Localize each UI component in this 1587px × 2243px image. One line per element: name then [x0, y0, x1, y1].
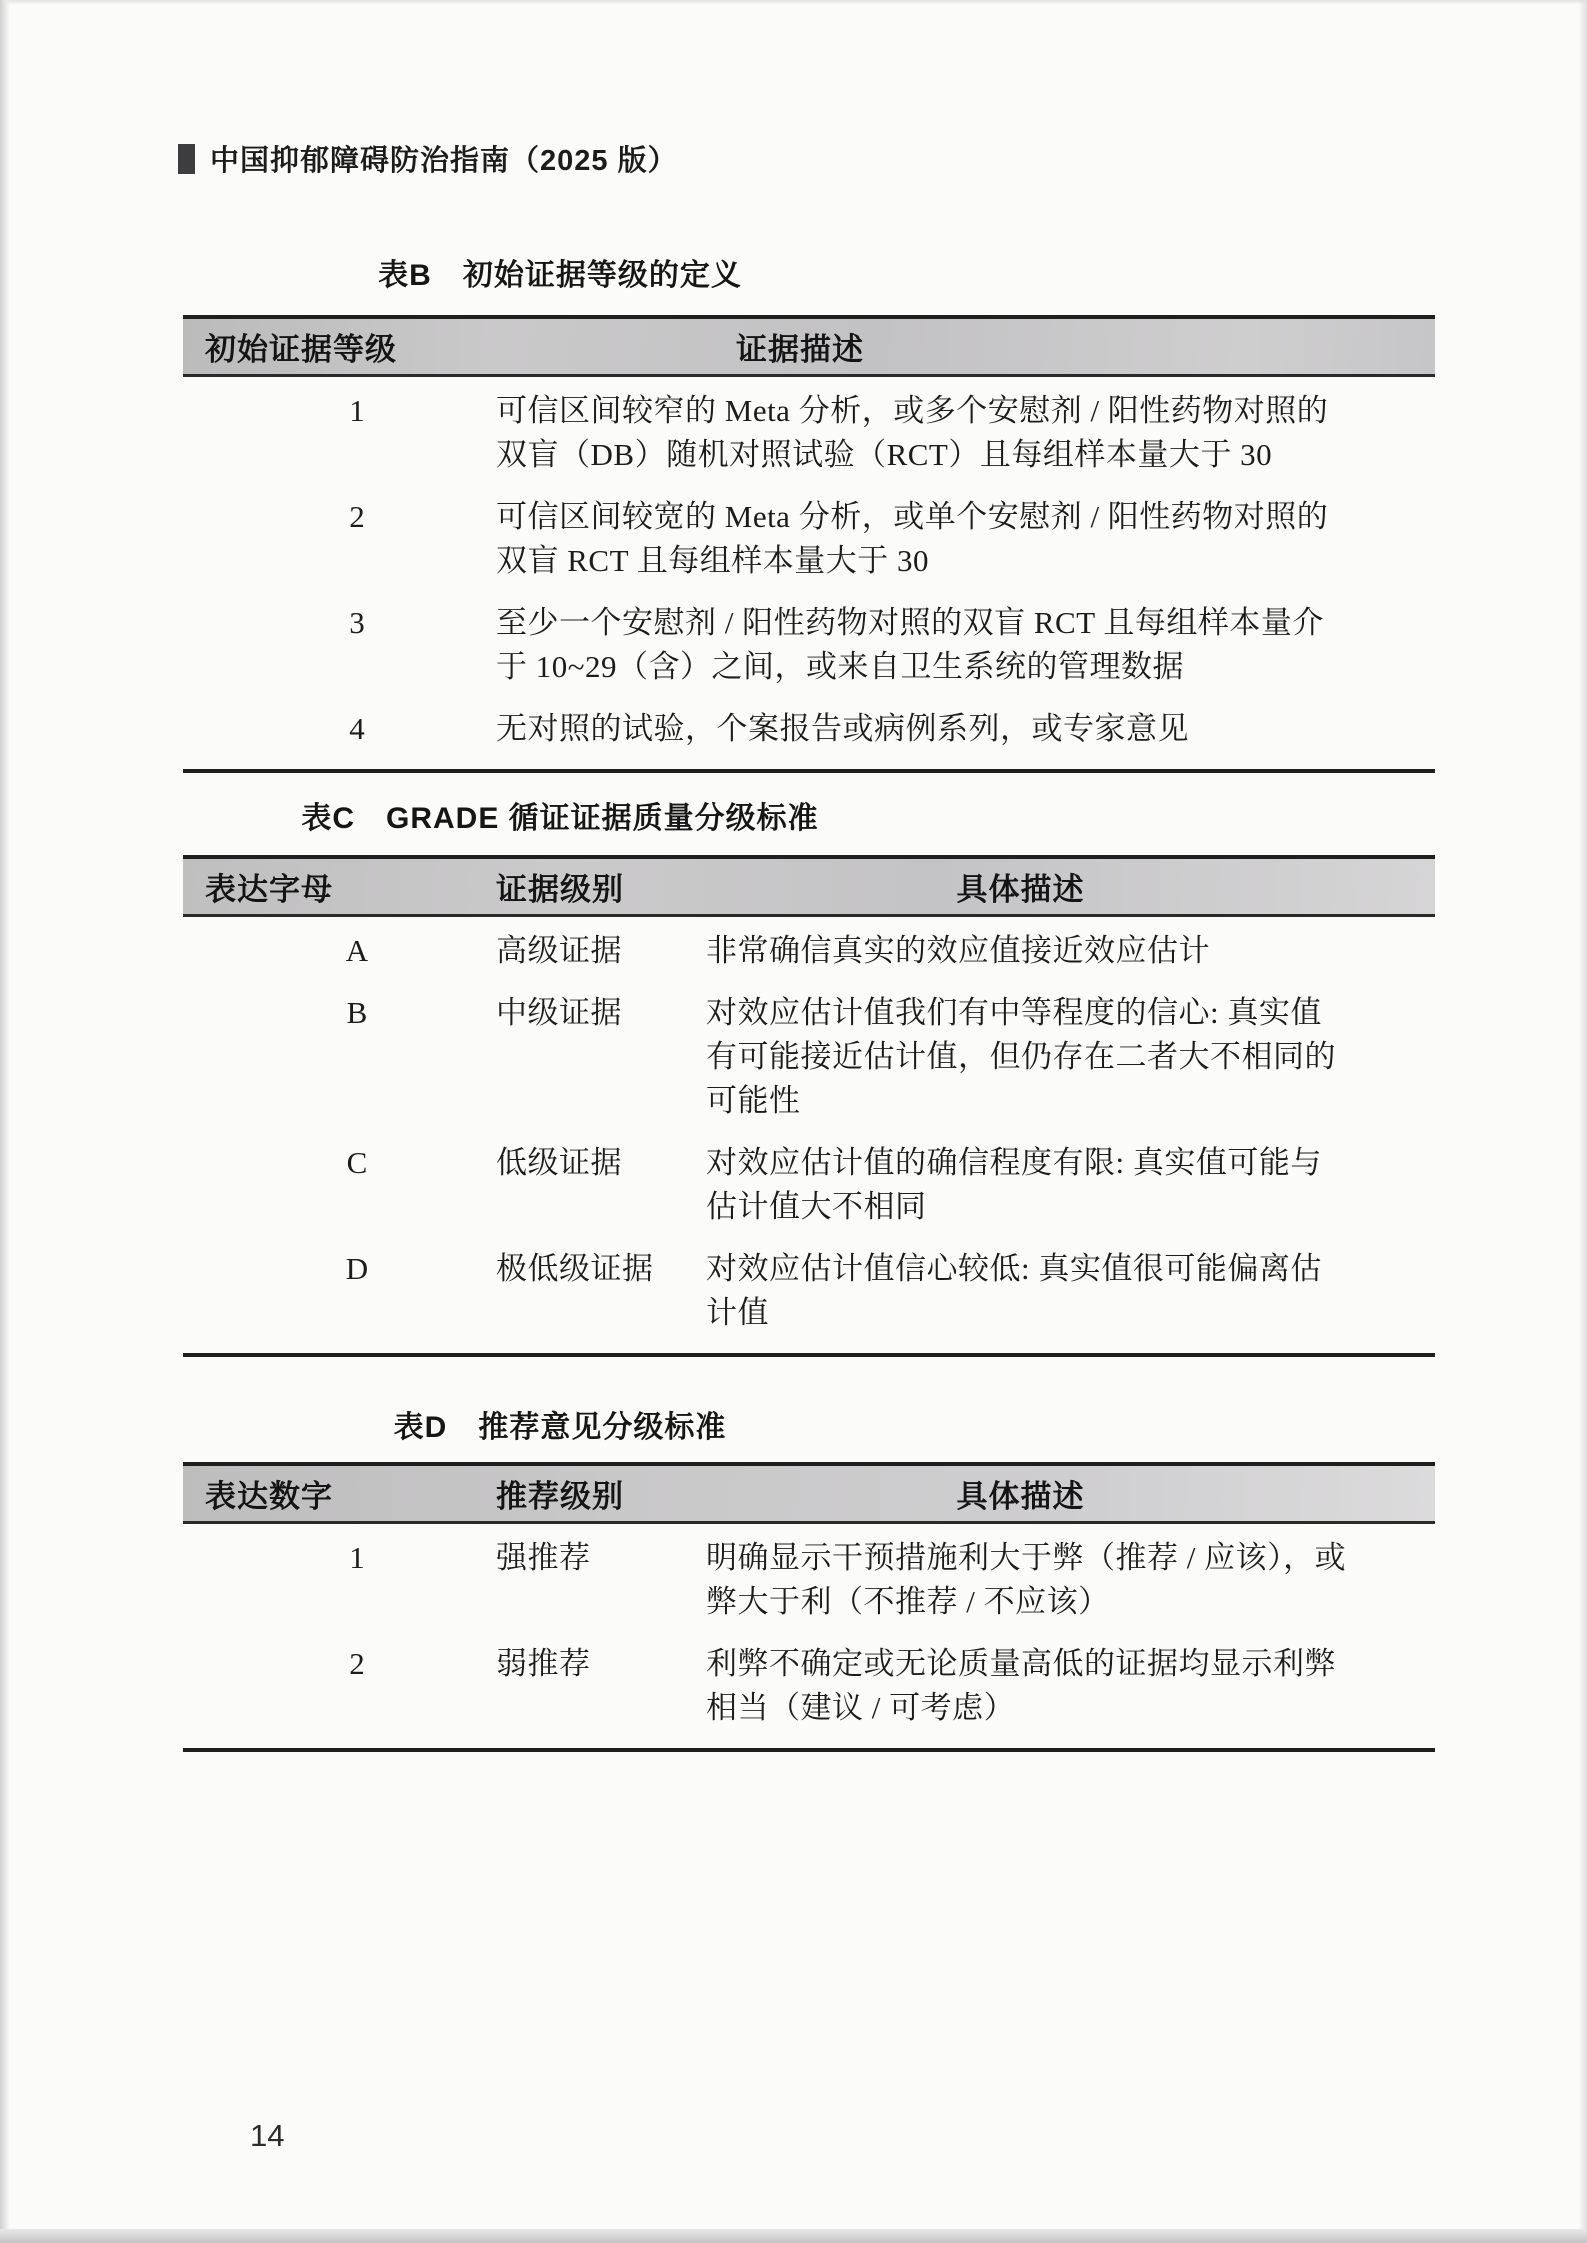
table-d-col-header-desc: 具体描述 — [706, 1471, 1435, 1516]
table-d-col-header-number: 表达数字 — [183, 1471, 496, 1516]
table-row: 2 弱推荐 利弊不确定或无论质量高低的证据均显示利弊相当（建议 / 可考虑） — [183, 1642, 1435, 1730]
letter-cell: B — [183, 991, 496, 1035]
table-row: C 低级证据 对效应估计值的确信程度有限: 真实值可能与估计值大不相同 — [183, 1141, 1435, 1229]
grade-cell: 中级证据 — [496, 991, 706, 1035]
table-d-col-header-grade: 推荐级别 — [496, 1471, 706, 1516]
grade-cell: 低级证据 — [496, 1141, 706, 1185]
scanned-document-page: 中国抑郁障碍防治指南（2025 版） 表B 初始证据等级的定义 初始证据等级 证… — [0, 0, 1587, 2243]
scan-edge-top — [0, 0, 1587, 5]
table-c-title: 表C GRADE 循证证据质量分级标准 — [0, 793, 1120, 837]
table-b-col-header-level: 初始证据等级 — [183, 324, 496, 369]
running-header: 中国抑郁障碍防治指南（2025 版） — [178, 138, 678, 179]
description-cell: 可信区间较宽的 Meta 分析，或单个安慰剂 / 阳性药物对照的双盲 RCT 且… — [496, 495, 1340, 583]
table-row: 1 可信区间较窄的 Meta 分析，或多个安慰剂 / 阳性药物对照的双盲（DB）… — [183, 389, 1435, 477]
table-row: 4 无对照的试验，个案报告或病例系列，或专家意见 — [183, 707, 1435, 751]
grade-cell: 强推荐 — [496, 1536, 706, 1580]
header-block-icon — [178, 144, 195, 174]
table-row: B 中级证据 对效应估计值我们有中等程度的信心: 真实值有可能接近估计值，但仍存… — [183, 991, 1435, 1123]
table-c-body: A 高级证据 非常确信真实的效应值接近效应估计 B 中级证据 对效应估计值我们有… — [183, 917, 1435, 1353]
table-row: A 高级证据 非常确信真实的效应值接近效应估计 — [183, 929, 1435, 973]
table-b-body: 1 可信区间较窄的 Meta 分析，或多个安慰剂 / 阳性药物对照的双盲（DB）… — [183, 377, 1435, 769]
table-c-col-header-desc: 具体描述 — [706, 864, 1435, 909]
scan-edge-left — [0, 0, 10, 2243]
number-cell: 1 — [183, 1536, 496, 1580]
table-d-header-row: 表达数字 推荐级别 具体描述 — [183, 1466, 1435, 1524]
description-cell: 利弊不确定或无论质量高低的证据均显示利弊相当（建议 / 可考虑） — [706, 1642, 1350, 1730]
number-cell: 2 — [183, 1642, 496, 1686]
table-b: 初始证据等级 证据描述 1 可信区间较窄的 Meta 分析，或多个安慰剂 / 阳… — [183, 315, 1435, 773]
grade-cell: 高级证据 — [496, 929, 706, 973]
description-cell: 非常确信真实的效应值接近效应估计 — [706, 929, 1350, 973]
table-b-title: 表B 初始证据等级的定义 — [0, 250, 1120, 294]
running-header-text: 中国抑郁障碍防治指南（2025 版） — [210, 138, 678, 179]
table-c-header-row: 表达字母 证据级别 具体描述 — [183, 859, 1435, 917]
description-cell: 至少一个安慰剂 / 阳性药物对照的双盲 RCT 且每组样本量介于 10~29（含… — [496, 601, 1340, 689]
table-c-col-header-letter: 表达字母 — [183, 864, 496, 909]
scan-edge-bottom — [0, 2229, 1587, 2243]
description-cell: 对效应估计值信心较低: 真实值很可能偏离估计值 — [706, 1247, 1350, 1335]
description-cell: 对效应估计值我们有中等程度的信心: 真实值有可能接近估计值，但仍存在二者大不相同… — [706, 991, 1350, 1123]
description-cell: 明确显示干预措施利大于弊（推荐 / 应该），或弊大于利（不推荐 / 不应该） — [706, 1536, 1350, 1624]
grade-cell: 极低级证据 — [496, 1247, 706, 1291]
level-cell: 3 — [183, 601, 496, 645]
description-cell: 对效应估计值的确信程度有限: 真实值可能与估计值大不相同 — [706, 1141, 1350, 1229]
table-c-col-header-grade: 证据级别 — [496, 864, 706, 909]
table-row: D 极低级证据 对效应估计值信心较低: 真实值很可能偏离估计值 — [183, 1247, 1435, 1335]
description-cell: 可信区间较窄的 Meta 分析，或多个安慰剂 / 阳性药物对照的双盲（DB）随机… — [496, 389, 1340, 477]
table-b-col-header-desc: 证据描述 — [496, 324, 1104, 369]
letter-cell: A — [183, 929, 496, 973]
description-cell: 无对照的试验，个案报告或病例系列，或专家意见 — [496, 707, 1340, 751]
table-d-body: 1 强推荐 明确显示干预措施利大于弊（推荐 / 应该），或弊大于利（不推荐 / … — [183, 1524, 1435, 1748]
table-row: 2 可信区间较宽的 Meta 分析，或单个安慰剂 / 阳性药物对照的双盲 RCT… — [183, 495, 1435, 583]
table-row: 3 至少一个安慰剂 / 阳性药物对照的双盲 RCT 且每组样本量介于 10~29… — [183, 601, 1435, 689]
table-c: 表达字母 证据级别 具体描述 A 高级证据 非常确信真实的效应值接近效应估计 B… — [183, 855, 1435, 1357]
letter-cell: C — [183, 1141, 496, 1185]
level-cell: 4 — [183, 707, 496, 751]
scan-edge-right — [1579, 0, 1587, 2243]
level-cell: 2 — [183, 495, 496, 539]
level-cell: 1 — [183, 389, 496, 433]
page-number: 14 — [250, 2118, 284, 2154]
table-row: 1 强推荐 明确显示干预措施利大于弊（推荐 / 应该），或弊大于利（不推荐 / … — [183, 1536, 1435, 1624]
grade-cell: 弱推荐 — [496, 1642, 706, 1686]
table-d: 表达数字 推荐级别 具体描述 1 强推荐 明确显示干预措施利大于弊（推荐 / 应… — [183, 1462, 1435, 1752]
letter-cell: D — [183, 1247, 496, 1291]
table-b-header-row: 初始证据等级 证据描述 — [183, 319, 1435, 377]
table-d-title: 表D 推荐意见分级标准 — [0, 1402, 1120, 1446]
